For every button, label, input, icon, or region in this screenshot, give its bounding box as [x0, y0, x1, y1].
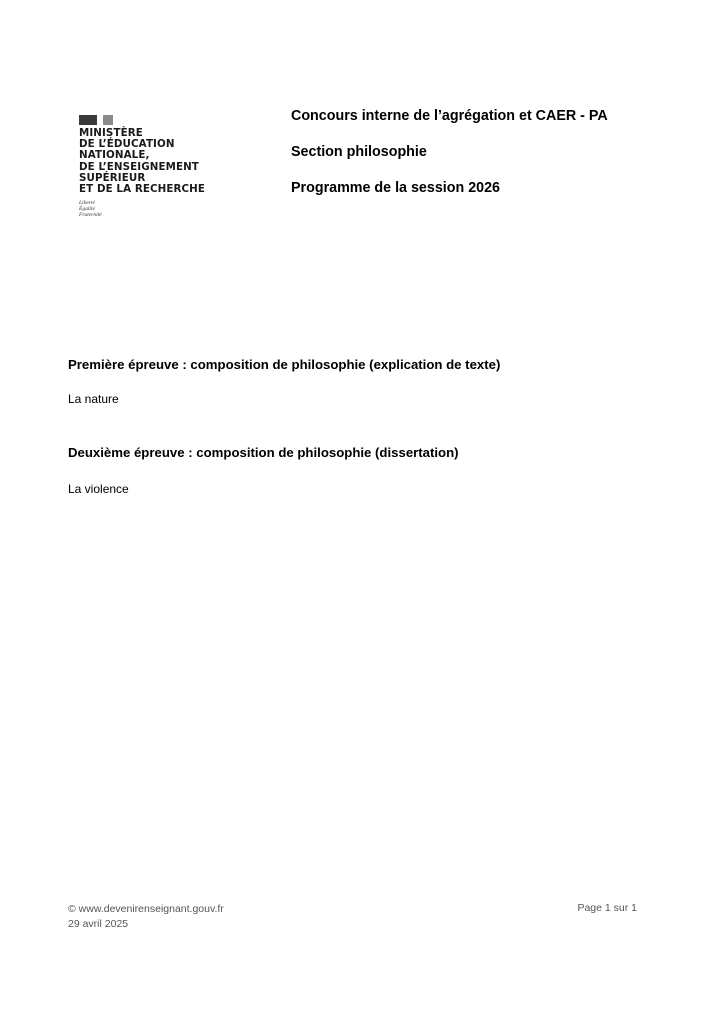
epreuve-heading-1: Première épreuve : composition de philos… — [68, 357, 500, 372]
motto-line: Fraternité — [79, 212, 219, 218]
ministry-name: MINISTÈRE DE L’ÉDUCATION NATIONALE, DE L… — [79, 128, 219, 195]
footer-website: © www.devenirenseignant.gouv.fr — [68, 902, 224, 917]
footer-date: 29 avril 2025 — [68, 917, 224, 932]
document-header: Concours interne de l’agrégation et CAER… — [291, 108, 608, 216]
section-title: Section philosophie — [291, 144, 608, 161]
epreuve-subject-2: La violence — [68, 482, 129, 496]
republic-motto: Liberté Égalité Fraternité — [79, 200, 219, 218]
ministry-logo: MINISTÈRE DE L’ÉDUCATION NATIONALE, DE L… — [79, 115, 219, 218]
marianne-logo-icon — [79, 115, 219, 125]
epreuve-subject-1: La nature — [68, 392, 119, 406]
footer-left: © www.devenirenseignant.gouv.fr 29 avril… — [68, 902, 224, 931]
ministry-line: NATIONALE, — [79, 150, 219, 161]
ministry-line: ET DE LA RECHERCHE — [79, 184, 219, 195]
programme-title: Programme de la session 2026 — [291, 180, 608, 197]
page-number: Page 1 sur 1 — [577, 902, 637, 914]
epreuve-heading-2: Deuxième épreuve : composition de philos… — [68, 445, 459, 460]
document-title: Concours interne de l’agrégation et CAER… — [291, 108, 608, 125]
